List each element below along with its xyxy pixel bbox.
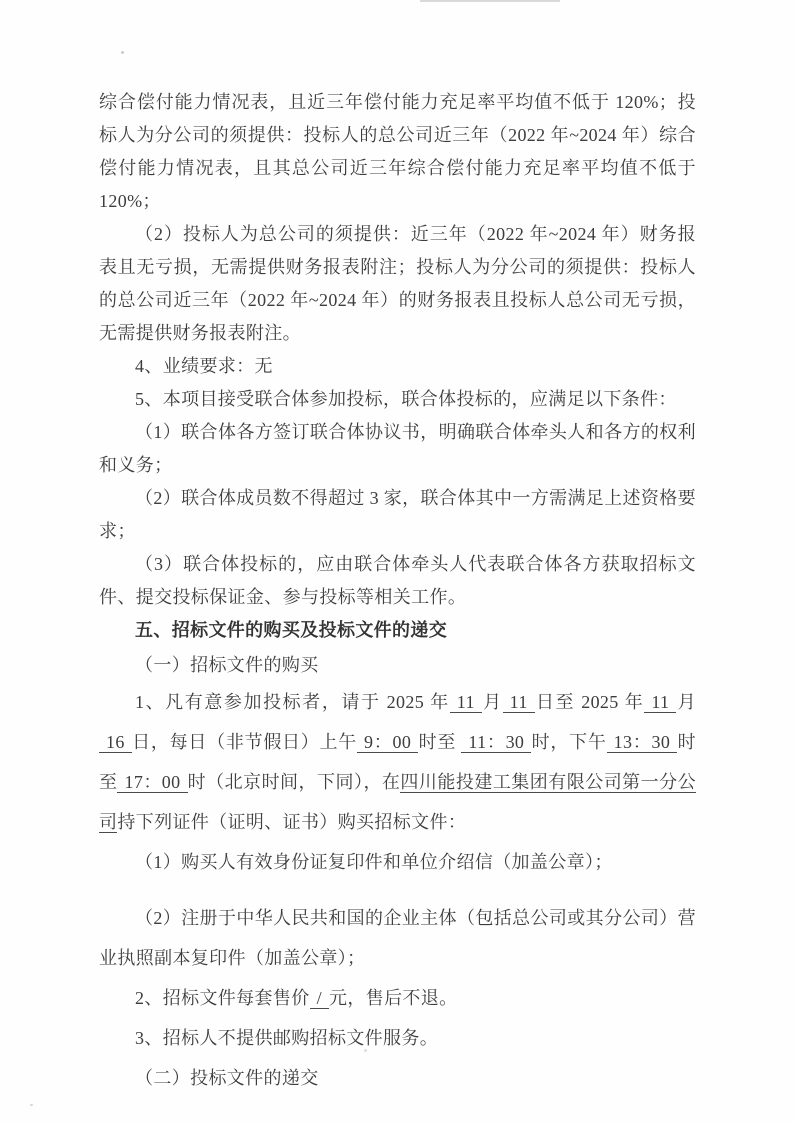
heading-submission: （二）投标文件的递交 [99,1058,696,1098]
text-run: 月 [482,692,503,712]
form-field-value: / [310,988,329,1009]
text-run: （二）投标文件的递交 [135,1068,319,1088]
para-purchase-doc-2: （2）注册于中华人民共和国的企业主体（包括总公司或其分公司）营业执照副本复印件（… [99,898,696,978]
text-run: 日至 2025 年 [535,692,645,712]
form-field-value: 16 [99,732,132,753]
para-price: 2、招标文件每套售价/元，售后不退。 [99,978,696,1018]
text-run: 持下列证件（证明、证书）购买招标文件： [117,812,466,832]
scan-artifact-speck [121,51,124,54]
para-purchase-doc-1: （1）购买人有效身份证复印件和单位介绍信（加盖公章）； [99,842,696,882]
text-run: 时（北京时间，下同），在 [188,772,401,792]
form-field-value: 13：30 [607,732,678,753]
text-run: （3）联合体投标的，应由联合体牵头人代表联合体各方获取招标文件、提交投标保证金、… [99,554,696,607]
para-no-mail-order: 3、招标人不提供邮购招标文件服务。 [99,1018,696,1058]
text-run: （2）联合体成员数不得超过 3 家，联合体其中一方需满足上述资格要求； [99,488,696,541]
document-page: 综合偿付能力情况表，且近三年偿付能力充足率平均值不低于 120%；投标人为分公司… [0,0,794,1123]
text-run: 1、凡有意参加投标者，请于 2025 年 [135,692,450,712]
para-financial-statements: （2）投标人为总公司的须提供：近三年（2022 年~2024 年）财务报表且无亏… [99,218,696,350]
text-run: （2）注册于中华人民共和国的企业主体（包括总公司或其分公司）营业执照副本复印件（… [99,908,696,968]
form-field-value: 11 [450,692,482,713]
text-run: 时，下午 [531,732,606,752]
form-field-value: 11 [644,692,676,713]
text-run: （2）投标人为总公司的须提供：近三年（2022 年~2024 年）财务报表且无亏… [99,224,696,343]
para-performance-requirement: 4、业绩要求：无 [99,350,696,383]
para-solvency-continued: 综合偿付能力情况表，且近三年偿付能力充足率平均值不低于 120%；投标人为分公司… [99,86,696,218]
text-run: 4、业绩要求：无 [135,356,273,376]
para-consortium-2: （2）联合体成员数不得超过 3 家，联合体其中一方需满足上述资格要求； [99,482,696,548]
text-run: （1）购买人有效身份证复印件和单位介绍信（加盖公章）； [135,852,613,872]
form-field-value: 9：00 [357,732,418,753]
text-run: 元，售后不退。 [329,988,458,1008]
text-run: 2、招标文件每套售价 [135,988,310,1008]
form-field-value: 11：30 [461,732,531,753]
scan-artifact-line [420,0,560,2]
para-purchase-schedule: 1、凡有意参加投标者，请于 2025 年11月11日至 2025 年11月16日… [99,682,696,842]
text-run: （一）招标文件的购买 [135,655,319,675]
para-consortium-intro: 5、本项目接受联合体参加投标，联合体投标的，应满足以下条件： [99,383,696,416]
form-field-value: 17：00 [117,772,187,793]
text-run: 月 [676,692,696,712]
document-body: 综合偿付能力情况表，且近三年偿付能力充足率平均值不低于 120%；投标人为分公司… [99,86,696,1098]
text-run: 时至 [418,732,461,752]
text-run: 五、招标文件的购买及投标文件的递交 [135,620,447,640]
para-consortium-1: （1）联合体各方签订联合体协议书，明确联合体牵头人和各方的权利和义务； [99,416,696,482]
text-run: （1）联合体各方签订联合体协议书，明确联合体牵头人和各方的权利和义务； [99,422,696,475]
scan-artifact-speck [30,1104,33,1106]
text-run: 5、本项目接受联合体参加投标，联合体投标的，应满足以下条件： [135,389,677,409]
form-field-value: 11 [503,692,535,713]
text-run: 综合偿付能力情况表，且近三年偿付能力充足率平均值不低于 120%；投标人为分公司… [99,92,696,211]
text-run: 3、招标人不提供邮购招标文件服务。 [135,1028,438,1048]
text-run: 日，每日（非节假日）上午 [132,732,357,752]
para-consortium-3: （3）联合体投标的，应由联合体牵头人代表联合体各方获取招标文件、提交投标保证金、… [99,548,696,614]
heading-section-5: 五、招标文件的购买及投标文件的递交 [99,614,696,647]
heading-purchase: （一）招标文件的购买 [99,649,696,682]
